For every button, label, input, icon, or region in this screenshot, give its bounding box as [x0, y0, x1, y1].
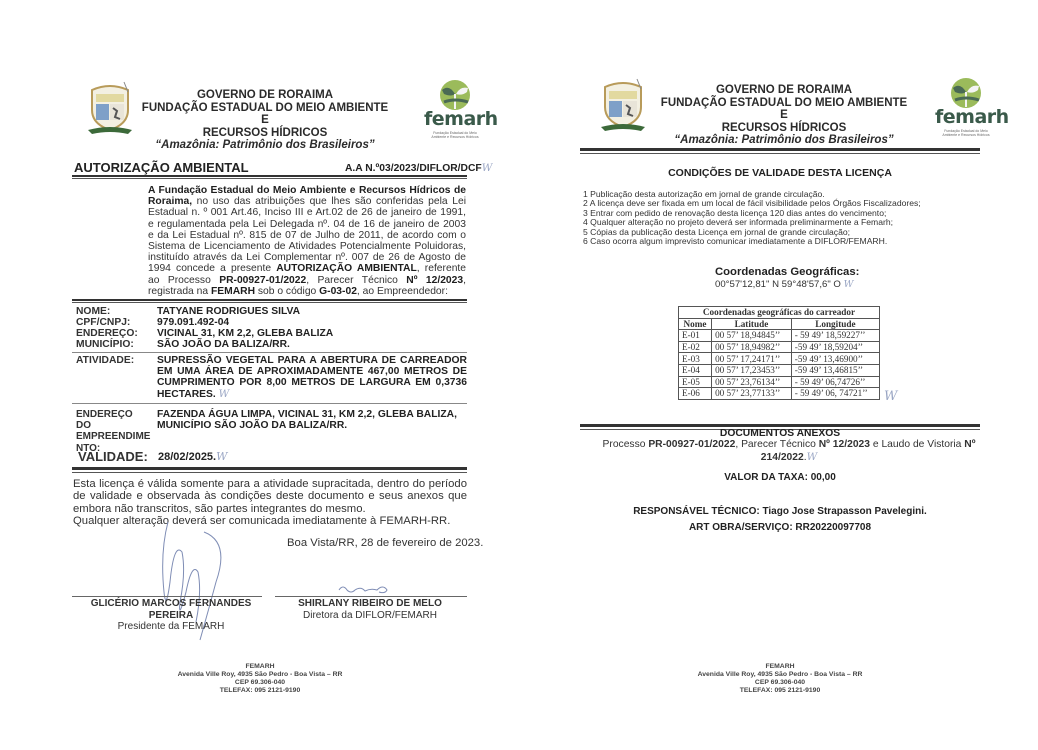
- signatory-2-name: SHIRLANY RIBEIRO DE MELO: [285, 598, 455, 610]
- technical-responsible: RESPONSÁVEL TÉCNICO: Tiago Jose Strapass…: [580, 506, 980, 517]
- table-row: E-0500 57’ 23,76134’’- 59 49’ 06,74726’’: [679, 376, 880, 388]
- signature-line-1: [72, 596, 262, 597]
- coordinates-title: Coordenadas Geográficas:: [715, 266, 859, 278]
- longitude-cell: -59 49’ 13,46815’’: [791, 364, 879, 376]
- condition-item: 6 Caso ocorra algum imprevisto comunicar…: [583, 237, 963, 246]
- field-label-municipality: MUNICÍPIO:: [76, 339, 134, 350]
- field-label-address: ENDEREÇO:: [76, 328, 138, 339]
- femarh-leaf-logo-icon: femarh Fundação Estadual do Meio Ambient…: [935, 78, 997, 144]
- fee-value: VALOR DA TAXA: 00,00: [580, 472, 980, 483]
- latitude-cell: 00 57’ 23,77133’’: [712, 388, 792, 400]
- roraima-coat-of-arms-icon: [597, 77, 649, 133]
- roraima-coat-of-arms-icon: [84, 80, 136, 136]
- table-caption: Coordenadas geográficas do carreador: [679, 307, 880, 319]
- header-divider: [580, 148, 980, 154]
- header-line-3: RECURSOS HÍDRICOS: [656, 122, 912, 135]
- enterprise-address-value: FAZENDA ÁGUA LIMPA, VICINAL 31, KM 2,2, …: [157, 409, 467, 431]
- institution-header: GOVERNO DE RORAIMA FUNDAÇÃO ESTADUAL DO …: [656, 84, 912, 147]
- longitude-cell: -59 49’ 13,46900’’: [791, 353, 879, 365]
- page-footer: FEMARH Avenida Ville Roy, 4935 São Pedro…: [652, 663, 908, 695]
- coordinates-table: Coordenadas geográficas do carreador Nom…: [678, 306, 880, 400]
- latitude-cell: 00 57’ 18,94982’’: [712, 341, 792, 353]
- field-value-name: TATYANE RODRIGUES SILVA: [157, 306, 300, 317]
- longitude-cell: - 59 49’ 06, 74721’’: [791, 388, 879, 400]
- latitude-cell: 00 57’ 17,23453’’: [712, 364, 792, 376]
- initials-mark: W: [482, 162, 493, 174]
- annex-documents: Processo PR-00927-01/2022, Parecer Técni…: [574, 439, 1004, 465]
- license-page-2: GOVERNO DE RORAIMA FUNDAÇÃO ESTADUAL DO …: [519, 0, 1038, 750]
- field-label-name: NOME:: [76, 306, 110, 317]
- activity-divider: [72, 403, 467, 404]
- logo-subtitle: Fundação Estadual do Meio Ambiente e Rec…: [426, 131, 484, 139]
- annex-title: DOCUMENTOS ANEXOS: [580, 428, 980, 439]
- longitude-cell: - 59 49’ 06,74726’’: [791, 376, 879, 388]
- field-value-cpf: 979.091.492-04: [157, 317, 229, 328]
- signatory-1-role: Presidente da FEMARH: [78, 621, 264, 632]
- page-footer: FEMARH Avenida Ville Roy, 4935 São Pedro…: [150, 663, 370, 695]
- logo-wordmark: femarh: [935, 106, 997, 128]
- coordinates-value: 00°57'12,81" N 59°48'57,6" O W: [715, 279, 853, 291]
- header-line-3: RECURSOS HÍDRICOS: [140, 127, 390, 140]
- col-header-longitude: Longitude: [791, 318, 879, 330]
- table-row: E-0200 57’ 18,94982’’-59 49’ 18,59204’’: [679, 341, 880, 353]
- longitude-cell: -59 49’ 18,59204’’: [791, 341, 879, 353]
- enterprise-address-label: ENDEREÇO DO EMPREENDIME NTO:: [76, 409, 148, 454]
- intro-divider: [72, 299, 467, 303]
- table-row: E-0600 57’ 23,77133’’- 59 49’ 06, 74721’…: [679, 388, 880, 400]
- art-number: ART OBRA/SERVIÇO: RR20220097708: [580, 522, 980, 533]
- field-value-municipality: SÃO JOÃO DA BALIZA/RR.: [157, 339, 290, 350]
- place-and-date: Boa Vista/RR, 28 de fevereiro de 2023.: [287, 537, 483, 549]
- longitude-cell: - 59 49’ 18,59227’’: [791, 330, 879, 342]
- table-row: E-0400 57’ 17,23453’’-59 49’ 13,46815’’: [679, 364, 880, 376]
- point-name: E-01: [679, 330, 712, 342]
- femarh-leaf-logo-icon: femarh Fundação Estadual do Meio Ambient…: [424, 80, 486, 146]
- logo-subtitle: Fundação Estadual do Meio Ambiente e Rec…: [937, 129, 995, 137]
- header-line-1: GOVERNO DE RORAIMA: [140, 89, 390, 102]
- validity-notice: Esta licença é válida somente para a ati…: [73, 478, 467, 515]
- institution-header: GOVERNO DE RORAIMA FUNDAÇÃO ESTADUAL DO …: [140, 89, 390, 152]
- header-line-2: FUNDAÇÃO ESTADUAL DO MEIO AMBIENTE E: [656, 97, 912, 122]
- license-page-1: GOVERNO DE RORAIMA FUNDAÇÃO ESTADUAL DO …: [0, 0, 519, 750]
- activity-value: SUPRESSÃO VEGETAL PARA A ABERTURA DE CAR…: [157, 355, 467, 400]
- conditions-title: CONDIÇÕES DE VALIDADE DESTA LICENÇA: [580, 167, 980, 179]
- table-initials-mark: W: [884, 389, 897, 404]
- validity-value: 28/02/2025.W: [158, 450, 227, 463]
- signature-line-2: [275, 596, 467, 597]
- point-name: E-03: [679, 353, 712, 365]
- validity-divider: [72, 467, 467, 473]
- change-notice: Qualquer alteração deverá ser comunicada…: [73, 515, 467, 527]
- field-label-cpf: CPF/CNPJ:: [76, 317, 130, 328]
- latitude-cell: 00 57’ 23,76134’’: [712, 376, 792, 388]
- header-line-2: FUNDAÇÃO ESTADUAL DO MEIO AMBIENTE E: [140, 102, 390, 127]
- signatory-1-name: GLICÉRIO MARCOS FERNANDES PEREIRA: [78, 598, 264, 621]
- validity-label: VALIDADE:: [78, 449, 148, 464]
- fields-divider: [72, 352, 467, 353]
- point-name: E-05: [679, 376, 712, 388]
- point-name: E-06: [679, 388, 712, 400]
- signatory-2-role: Diretora da DIFLOR/FEMARH: [285, 610, 455, 621]
- document-number-text: A.A N.º03/2023/DIFLOR/DCF: [345, 163, 482, 174]
- table-row: E-0100 57’ 18,94845’’- 59 49’ 18,59227’’: [679, 330, 880, 342]
- header-motto: “Amazônia: Patrimônio dos Brasileiros”: [656, 134, 912, 147]
- field-value-address: VICINAL 31, KM 2,2, GLEBA BALIZA: [157, 328, 333, 339]
- col-header-latitude: Latitude: [712, 318, 792, 330]
- header-line-1: GOVERNO DE RORAIMA: [656, 84, 912, 97]
- document-number: A.A N.º03/2023/DIFLOR/DCFW: [345, 162, 492, 174]
- point-name: E-04: [679, 364, 712, 376]
- logo-wordmark: femarh: [424, 108, 486, 130]
- header-motto: “Amazônia: Patrimônio dos Brasileiros”: [140, 139, 390, 152]
- latitude-cell: 00 57’ 17,24171’’: [712, 353, 792, 365]
- col-header-name: Nome: [679, 318, 712, 330]
- latitude-cell: 00 57’ 18,94845’’: [712, 330, 792, 342]
- activity-label: ATIVIDADE:: [76, 355, 134, 366]
- title-divider: [72, 175, 467, 179]
- document-title: AUTORIZAÇÃO AMBIENTAL: [74, 160, 249, 175]
- conditions-list: 1 Publicação desta autorização em jornal…: [583, 190, 963, 246]
- director-signature-icon: [335, 582, 395, 596]
- point-name: E-02: [679, 341, 712, 353]
- intro-paragraph: A Fundação Estadual do Meio Ambiente e R…: [148, 185, 466, 297]
- table-row: E-0300 57’ 17,24171’’-59 49’ 13,46900’’: [679, 353, 880, 365]
